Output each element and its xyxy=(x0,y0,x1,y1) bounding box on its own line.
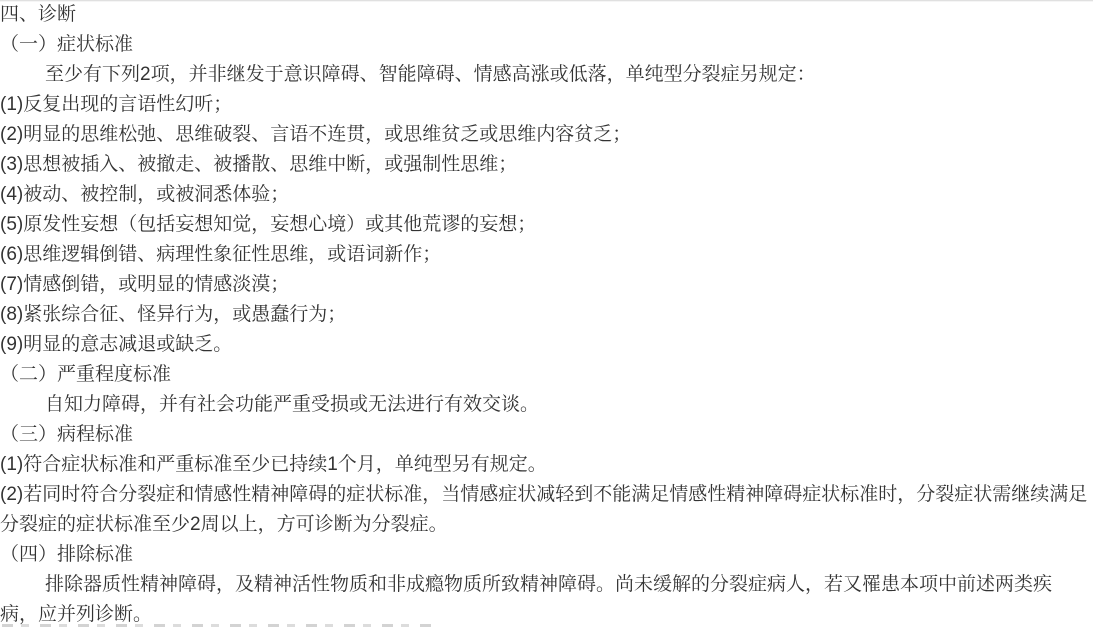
criteria-item-1: (1)反复出现的言语性幻听； xyxy=(0,90,1088,120)
section-heading-symptom-criteria: （一）症状标准 xyxy=(0,30,1088,60)
criteria-item-5: (5)原发性妄想（包括妄想知觉，妄想心境）或其他荒谬的妄想； xyxy=(0,210,1088,240)
criteria-item-9: (9)明显的意志减退或缺乏。 xyxy=(0,330,1088,360)
section-heading-course-criteria: （三）病程标准 xyxy=(0,420,1088,450)
criteria-item-4: (4)被动、被控制，或被洞悉体验； xyxy=(0,180,1088,210)
criteria-item-6: (6)思维逻辑倒错、病理性象征性思维，或语词新作； xyxy=(0,240,1088,270)
document-page: 四、诊断 （一）症状标准 至少有下列2项，并非继发于意识障碍、智能障碍、情感高涨… xyxy=(0,0,1088,627)
section-intro-exclusion-criteria: 排除器质性精神障碍，及精神活性物质和非成瘾物质所致精神障碍。尚未缓解的分裂症病人… xyxy=(0,570,1088,627)
document-heading: 四、诊断 xyxy=(0,0,1088,30)
course-item-1: (1)符合症状标准和严重标准至少已持续1个月，单纯型另有规定。 xyxy=(0,450,1088,480)
page-top-edge xyxy=(0,0,1093,2)
section-intro-severity-criteria: 自知力障碍，并有社会功能严重受损或无法进行有效交谈。 xyxy=(0,390,1088,420)
course-item-2: (2)若同时符合分裂症和情感性精神障碍的症状标准，当情感症状减轻到不能满足情感性… xyxy=(0,480,1088,540)
section-heading-severity-criteria: （二）严重程度标准 xyxy=(0,360,1088,390)
criteria-item-7: (7)情感倒错，或明显的情感淡漠； xyxy=(0,270,1088,300)
section-heading-exclusion-criteria: （四）排除标准 xyxy=(0,540,1088,570)
criteria-item-8: (8)紧张综合征、怪异行为，或愚蠢行为； xyxy=(0,300,1088,330)
criteria-item-2: (2)明显的思维松弛、思维破裂、言语不连贯，或思维贫乏或思维内容贫乏； xyxy=(0,120,1088,150)
criteria-item-3: (3)思想被插入、被撤走、被播散、思维中断，或强制性思维； xyxy=(0,150,1088,180)
section-intro-symptom-criteria: 至少有下列2项，并非继发于意识障碍、智能障碍、情感高涨或低落，单纯型分裂症另规定… xyxy=(0,60,1088,90)
